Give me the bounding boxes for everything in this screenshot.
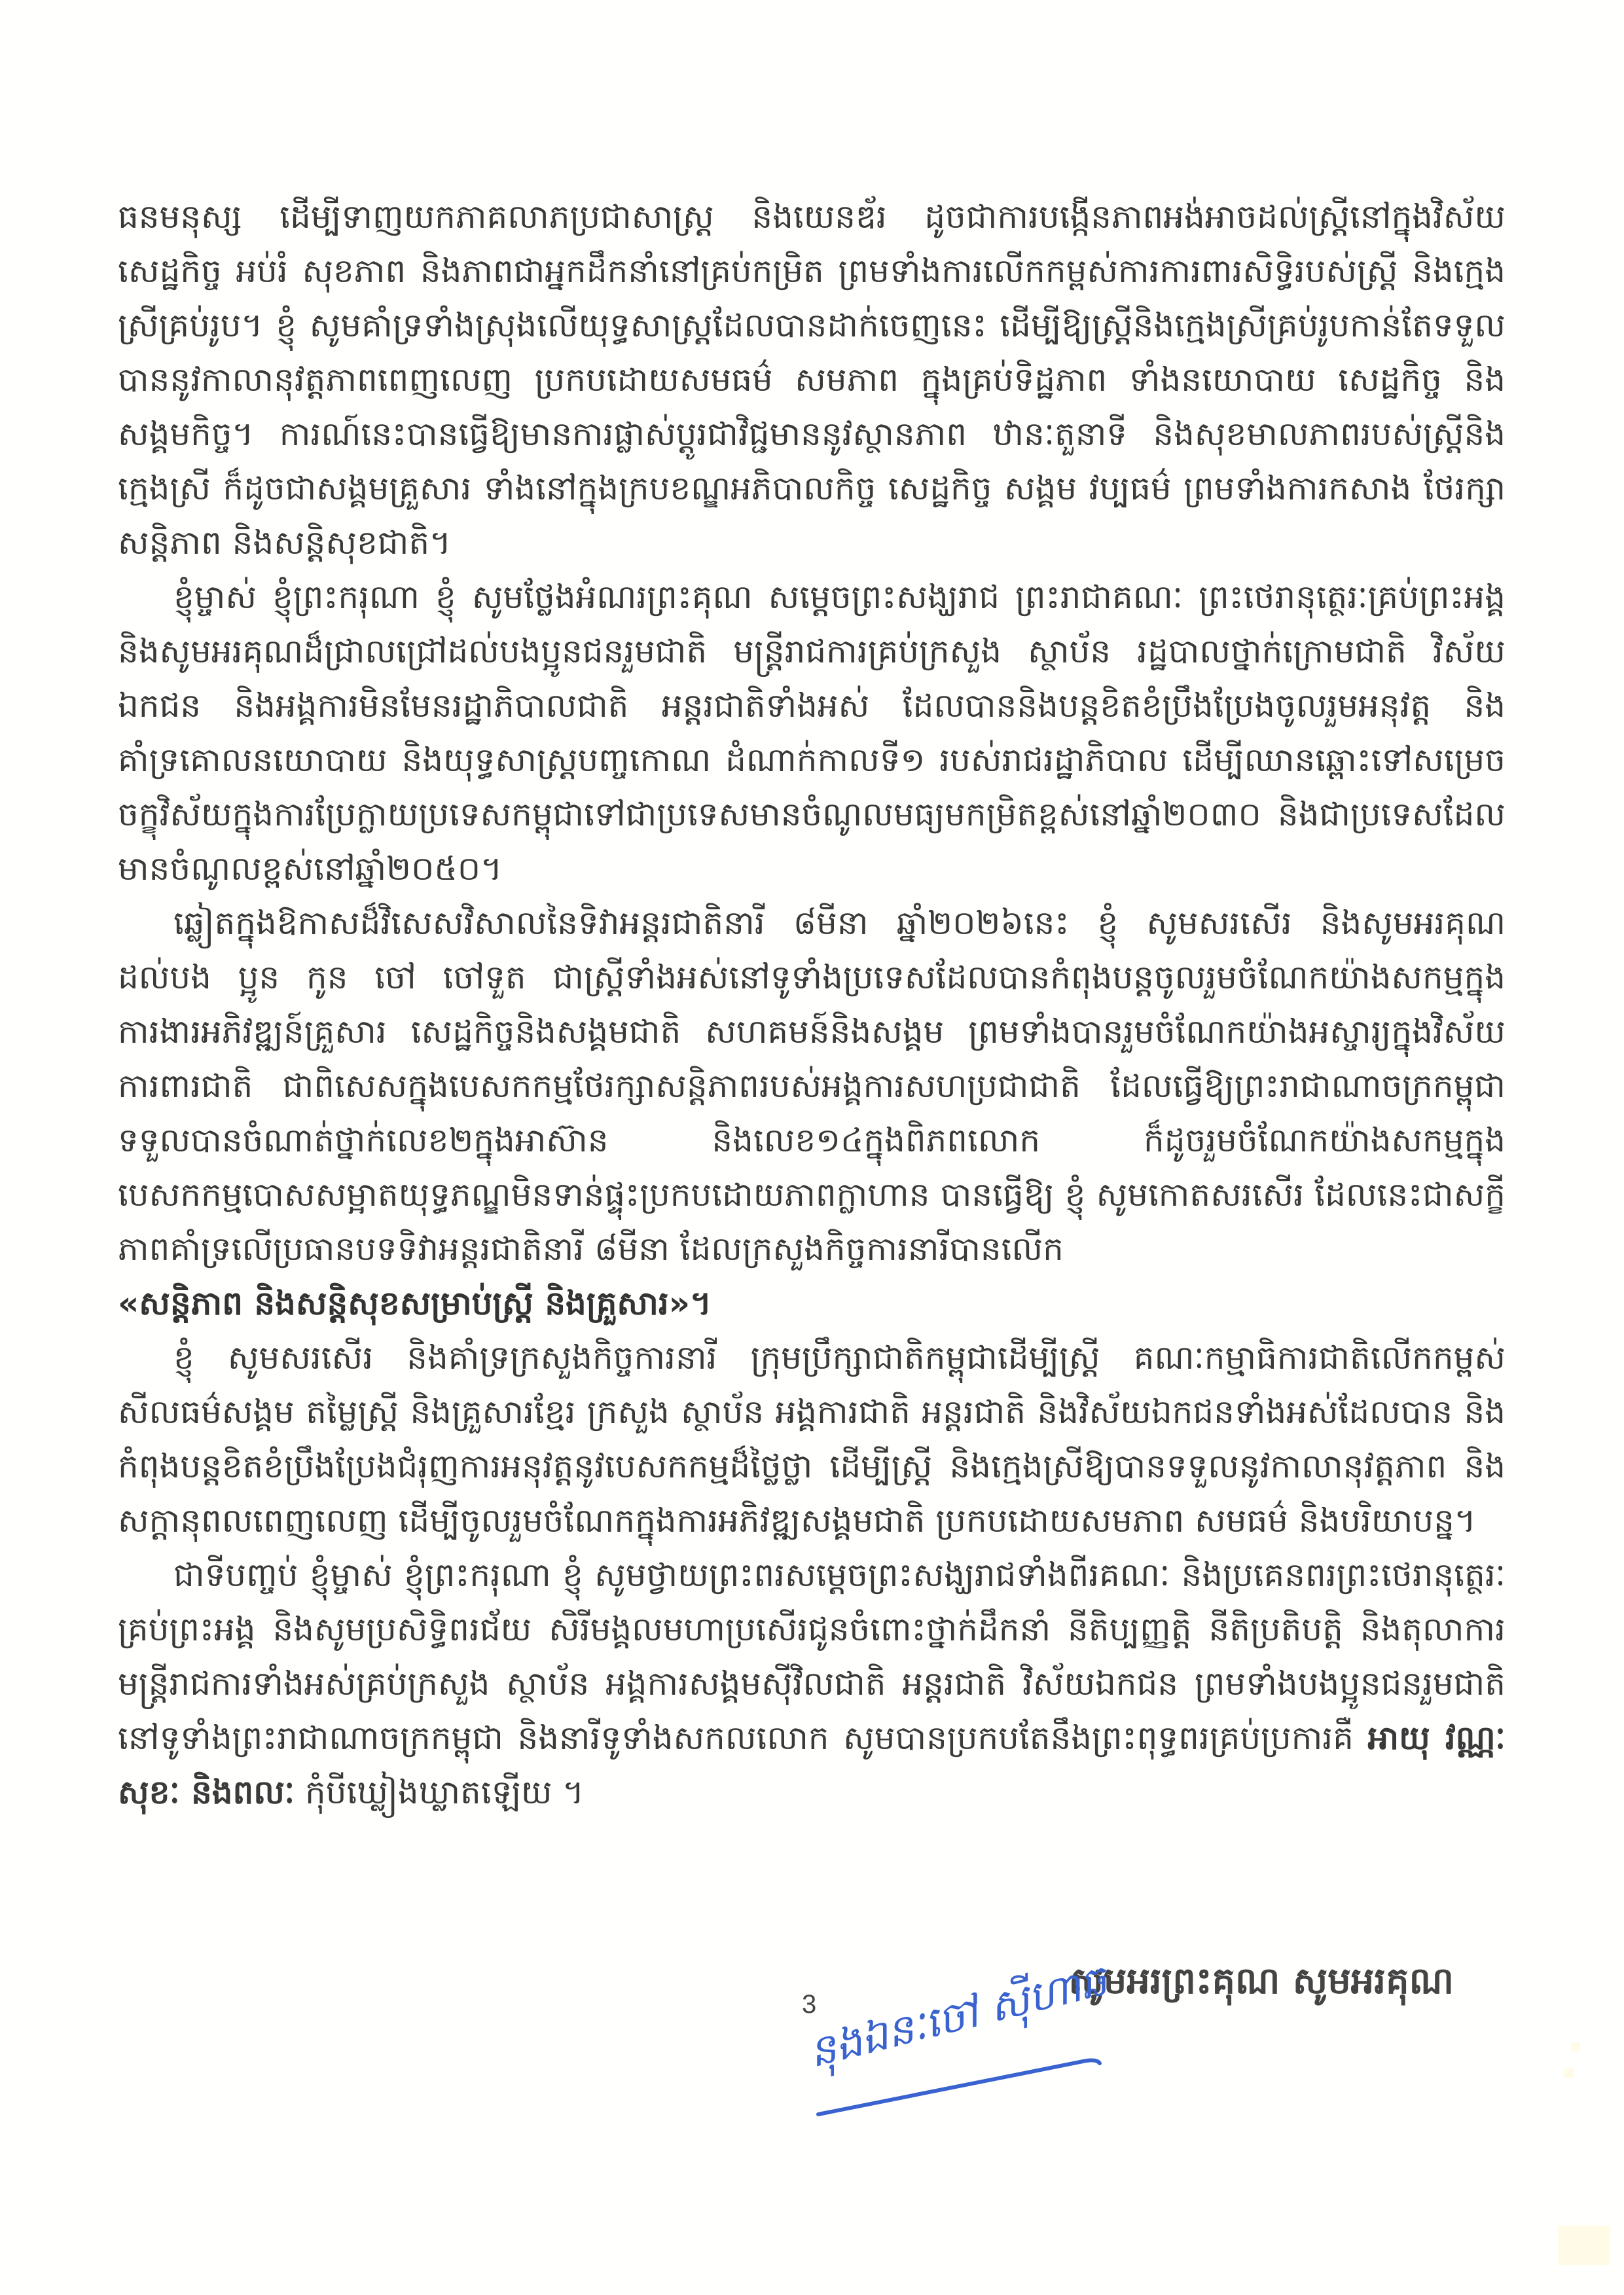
paragraph-5: ជាទីបញ្ចប់ ខ្ញុំម្ចាស់ ខ្ញុំព្រះករុណា ខ្…	[118, 1548, 1506, 1820]
paragraph-3: ឆ្លៀតក្នុងឱកាសដ៏វិសេសវិសាលនៃទិវាអន្តរជាត…	[118, 896, 1506, 1276]
paragraph-5-text: ជាទីបញ្ចប់ ខ្ញុំម្ចាស់ ខ្ញុំព្រះករុណា ខ្…	[118, 1556, 1506, 1757]
scan-artifact	[1564, 2069, 1574, 2078]
document-page: ធនមនុស្ស ដើម្បីទាញយកភាគលាភប្រជាសាស្ត្រ ន…	[0, 0, 1624, 2295]
paragraph-5-ending: កុំបីឃ្លៀងឃ្លាតឡើយ ។	[295, 1773, 584, 1811]
paragraph-4: ខ្ញុំ សូមសរសើរ និងគាំទ្រក្រសួងកិច្ចការនា…	[118, 1331, 1506, 1548]
document-body: ធនមនុស្ស ដើម្បីទាញយកភាគលាភប្រជាសាស្ត្រ ន…	[118, 190, 1506, 1820]
scan-artifact	[1558, 2226, 1610, 2265]
signature: នុងឯនៈចៅ ស៊ីហាឆ	[805, 1990, 1146, 2121]
scan-artifact	[1571, 2042, 1580, 2051]
paragraph-3-text: ឆ្លៀតក្នុងឱកាសដ៏វិសេសវិសាលនៃទិវាអន្តរជាត…	[118, 904, 1506, 1268]
paragraph-1: ធនមនុស្ស ដើម្បីទាញយកភាគលាភប្រជាសាស្ត្រ ន…	[118, 190, 1506, 570]
theme-quote: «សន្តិភាព និងសន្តិសុខសម្រាប់ស្ត្រី និងគ្…	[118, 1276, 1506, 1331]
signature-underline-icon	[805, 1990, 1146, 2121]
paragraph-2: ខ្ញុំម្ចាស់ ខ្ញុំព្រះករុណា ខ្ញុំ សូមថ្លែ…	[118, 570, 1506, 896]
